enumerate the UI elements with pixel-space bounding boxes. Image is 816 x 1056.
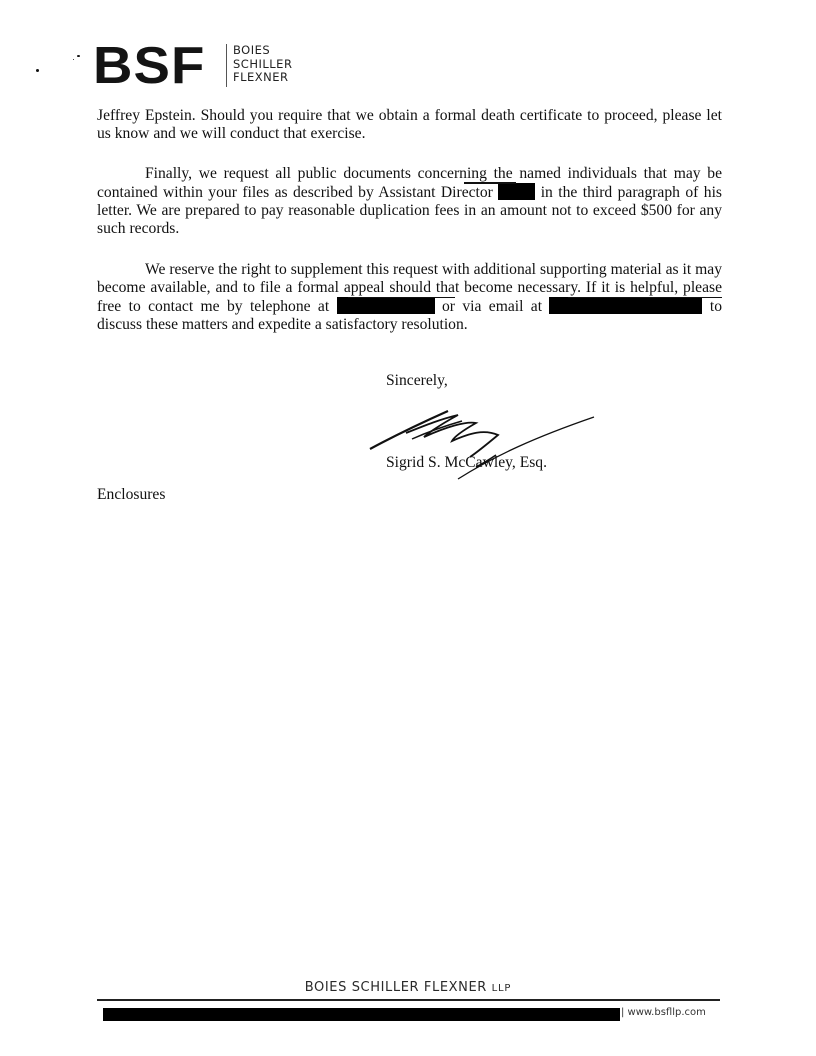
footer-firm-text: BOIES SCHILLER FLEXNER <box>305 980 487 995</box>
paragraph-line: Jeffrey Epstein. Should you require that… <box>97 107 722 125</box>
scan-artifact <box>77 55 80 57</box>
logo-word: BOIES <box>233 44 292 58</box>
letter-page: BSF BOIES SCHILLER FLEXNER Jeffrey Epste… <box>0 0 816 1056</box>
footer-firm-name: BOIES SCHILLER FLEXNER LLP <box>0 980 816 995</box>
logo-mark: BSF <box>93 46 205 86</box>
paragraph-line: us know and we will conduct that exercis… <box>97 125 722 143</box>
redacted-telephone <box>337 297 435 314</box>
footer-website-link[interactable]: | www.bsfllp.com <box>621 1007 706 1018</box>
scan-artifact <box>36 69 39 72</box>
paragraph-documents-request: Finally, we request all public documents… <box>97 165 722 238</box>
paragraph-text: or via email at <box>442 298 542 315</box>
footer-divider <box>97 999 720 1001</box>
scan-underline-artifact <box>568 297 722 298</box>
logo-word: SCHILLER <box>233 58 292 72</box>
paragraph-continued: Jeffrey Epstein. Should you require that… <box>97 107 722 143</box>
signer-name: Sigrid S. McCawley, Esq. <box>386 454 547 472</box>
closing-salutation: Sincerely, <box>386 372 448 390</box>
scan-artifact <box>73 59 74 60</box>
logo-wordmark: BOIES SCHILLER FLEXNER <box>233 44 292 85</box>
redacted-email <box>549 297 702 314</box>
handwritten-signature <box>366 405 598 485</box>
logo-word: FLEXNER <box>233 71 292 85</box>
enclosures-label: Enclosures <box>97 486 165 504</box>
redacted-director-name <box>498 183 535 200</box>
redacted-footer-address <box>103 1008 620 1021</box>
scan-underline-artifact <box>348 297 455 298</box>
logo-divider <box>226 44 227 87</box>
scan-underline-artifact <box>464 182 516 184</box>
footer-firm-suffix: LLP <box>492 983 512 994</box>
